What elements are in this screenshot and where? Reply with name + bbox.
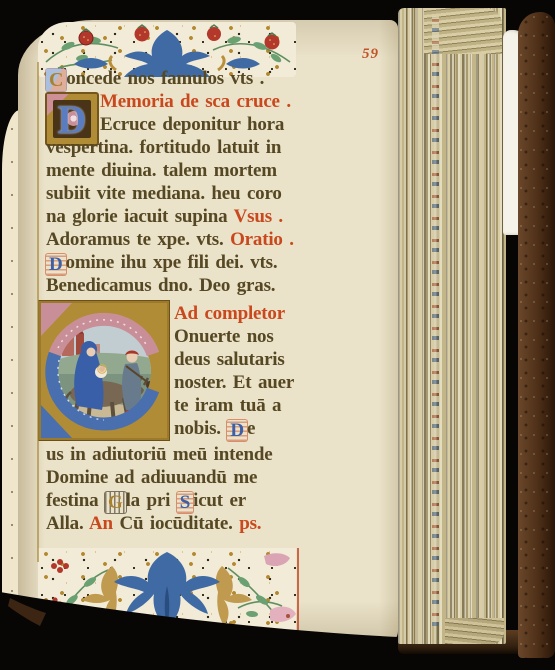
text-line-2: Memoria de sca cruce .	[100, 91, 291, 113]
text-segment: ps.	[239, 513, 261, 534]
text-segment: te iram tuā a	[174, 395, 281, 416]
text-line-19: festina Gla pri Sicut er	[46, 490, 246, 513]
text-line-20: Alla. An Cū iocūditate. ps.	[46, 513, 261, 535]
text-segment: Ecruce deponitur hora	[100, 114, 284, 135]
text-segment: Onuerte nos	[174, 326, 274, 347]
text-segment: deus salutaris	[174, 349, 285, 370]
text-line-15: te iram tuā a	[174, 395, 281, 417]
text-segment: festina	[46, 490, 105, 511]
text-segment: Domine ad adiuuandū me	[46, 467, 257, 488]
text-segment: noster. Et auer	[174, 372, 294, 393]
text-line-17: us in adiutoriū meū intende	[46, 444, 272, 466]
inline-initial-d: D	[227, 420, 247, 441]
text-segment: subiit vite mediana. heu coro	[46, 183, 282, 204]
inline-initial-g: G	[105, 492, 126, 513]
text-segment: mente diuina. talem mortem	[46, 160, 277, 181]
manuscript-page: 59	[18, 20, 398, 645]
fore-edge-page-stack	[398, 8, 506, 644]
text-line-16: nobis. De	[174, 418, 255, 441]
text-line-11: Ad completor	[174, 303, 285, 325]
leather-cover	[518, 12, 555, 658]
text-segment: Oratio .	[230, 229, 294, 250]
manuscript-photo: 59	[0, 0, 555, 670]
text-segment: e	[247, 418, 255, 439]
text-segment: Memoria de sca cruce .	[100, 91, 291, 112]
text-line-7: na glorie iacuit supina Vsus .	[46, 206, 283, 228]
marbled-edge-streak	[432, 16, 439, 626]
text-block: Concede nos famulos vts .Memoria de sca …	[18, 20, 398, 645]
inline-initial-d: D	[46, 254, 66, 275]
text-segment: Ad completor	[174, 303, 285, 324]
text-segment: vespertina. fortitudo latuit in	[46, 137, 281, 158]
text-line-8: Adoramus te xpe. vts. Oratio .	[46, 229, 294, 251]
text-segment: na glorie iacuit supina	[46, 206, 234, 227]
text-line-10: Benedicamus dno. Deo gras.	[46, 275, 275, 297]
text-segment: nobis.	[174, 418, 227, 439]
text-segment: Vsus .	[234, 206, 283, 227]
text-segment: Alla.	[46, 513, 89, 534]
text-segment: oncede nos famulos vts .	[66, 68, 264, 89]
text-line-9: Domine ihu xpe fili dei. vts.	[46, 252, 277, 275]
text-line-1: Concede nos famulos vts .	[46, 68, 264, 91]
text-segment: Adoramus te xpe. vts.	[46, 229, 230, 250]
text-line-12: Onuerte nos	[174, 326, 274, 348]
text-segment: An	[89, 513, 119, 534]
text-segment: us in adiutoriū meū intende	[46, 444, 272, 465]
inline-initial-c: C	[46, 69, 66, 91]
text-line-14: noster. Et auer	[174, 372, 294, 394]
text-line-6: subiit vite mediana. heu coro	[46, 183, 282, 205]
text-segment: Cū iocūditate.	[119, 513, 239, 534]
inline-initial-s: S	[177, 492, 193, 513]
text-line-5: mente diuina. talem mortem	[46, 160, 277, 182]
text-line-13: deus salutaris	[174, 349, 285, 371]
text-line-4: vespertina. fortitudo latuit in	[46, 137, 281, 159]
text-segment: Benedicamus dno. Deo gras.	[46, 275, 275, 296]
text-line-3: Ecruce deponitur hora	[100, 114, 284, 136]
text-line-18: Domine ad adiuuandū me	[46, 467, 257, 489]
text-segment: omine ihu xpe fili dei. vts.	[66, 252, 278, 273]
text-segment: la pri	[126, 490, 177, 511]
text-segment: icut er	[193, 490, 246, 511]
